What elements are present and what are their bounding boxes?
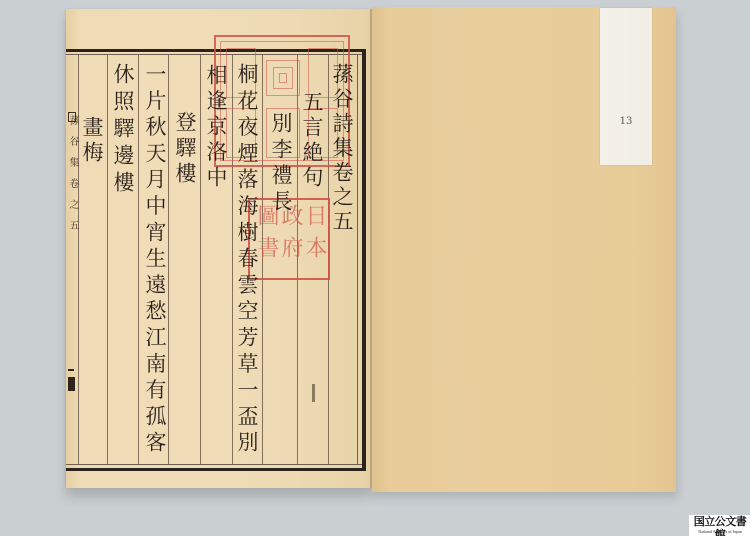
collection-seal-glyph: [279, 73, 287, 83]
frame-bottom-rule: [66, 468, 366, 471]
section-heading: 五言絶句: [301, 91, 323, 191]
poem-line: 休照驛邊樓: [112, 63, 134, 198]
frame-bottom-thin-rule: [66, 464, 362, 465]
book-gutter: [370, 9, 372, 488]
paper-slip: [600, 8, 652, 165]
fold-page-mark: [68, 369, 74, 371]
column-divider: [200, 55, 201, 464]
frame-right-rule: [362, 49, 366, 471]
column-divider: [78, 55, 79, 464]
column-divider: [138, 55, 139, 464]
poem-title: 畫梅: [81, 116, 103, 166]
poem-title: 別李禮長: [270, 112, 292, 216]
fold-title-text: 蓀谷集卷之五: [67, 115, 77, 241]
poem-line: 相逢京洛中: [205, 64, 227, 192]
archive-logo-english: National Archives of Japan: [690, 529, 750, 534]
poem-line: 桐花夜煙落海樹春雲空芳草一盃別: [236, 63, 258, 458]
frame-right-thin-rule: [357, 54, 358, 465]
slip-number: 13: [600, 116, 652, 127]
volume-title: 蓀谷詩集卷之五: [331, 63, 353, 235]
column-divider: [107, 55, 108, 464]
seal-text-column: 日本: [302, 204, 326, 268]
column-divider: [168, 55, 169, 464]
poem-title: 登驛樓: [174, 111, 196, 188]
poem-line: 一片秋天月中宵生遠愁江南有孤客: [144, 63, 166, 458]
ink-smudge: [312, 384, 315, 402]
fold-page-mark-block: [68, 377, 75, 391]
